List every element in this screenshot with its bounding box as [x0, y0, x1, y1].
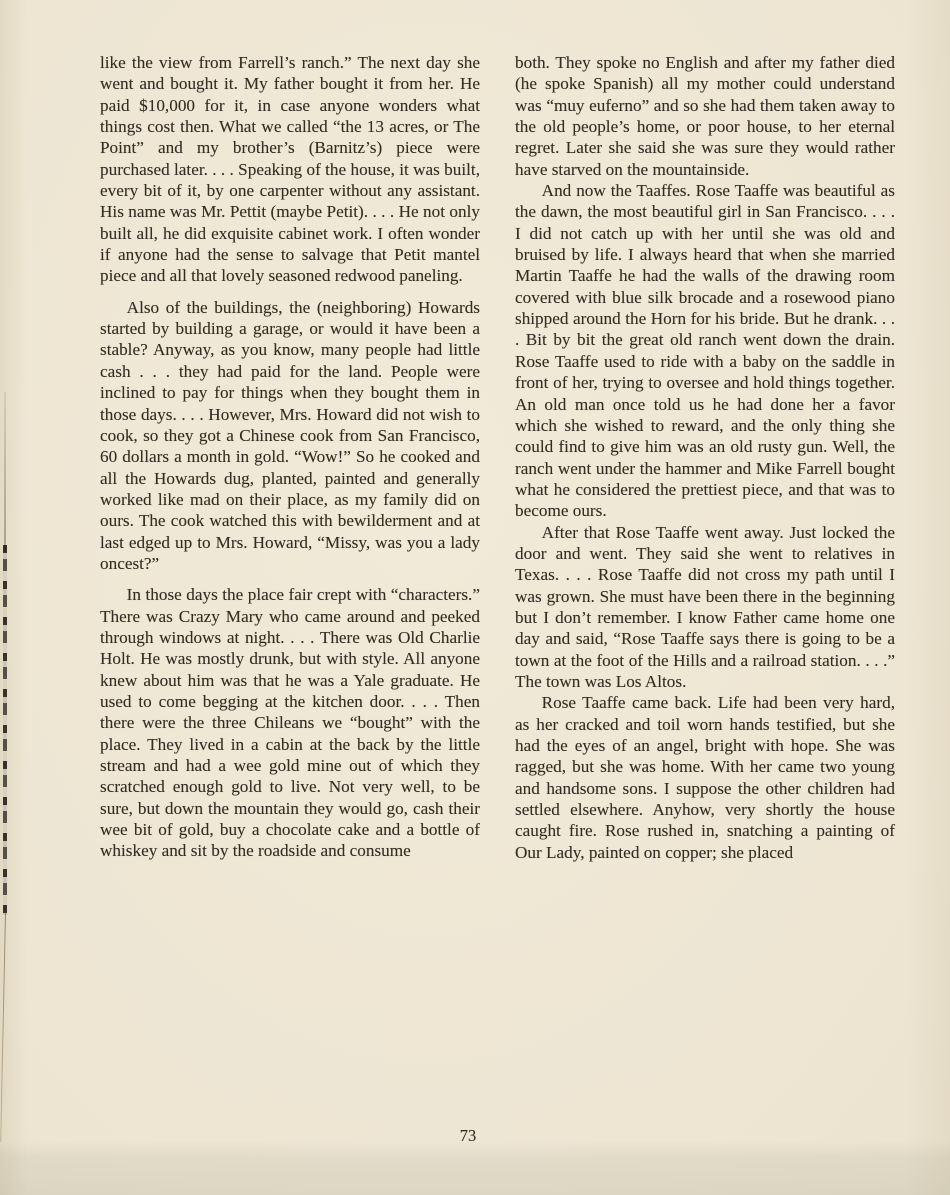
binding-edge-faint-line	[4, 392, 6, 552]
binding-edge-hairline	[0, 912, 6, 1142]
paragraph: Also of the buildings, the (neighboring)…	[100, 297, 480, 574]
paragraph: both. They spoke no English and after my…	[515, 52, 895, 180]
book-page: like the view from Farrell’s ranch.” The…	[0, 0, 950, 1195]
paragraph: Rose Taaffe came back. Life had been ver…	[515, 692, 895, 863]
left-column: like the view from Farrell’s ranch.” The…	[100, 52, 480, 863]
paragraph: like the view from Farrell’s ranch.” The…	[100, 52, 480, 287]
paragraph: And now the Taaffes. Rose Taaffe was bea…	[515, 180, 895, 522]
two-column-text-block: like the view from Farrell’s ranch.” The…	[100, 52, 895, 863]
right-column: both. They spoke no English and after my…	[515, 52, 895, 863]
paragraph: In those days the place fair crept with …	[100, 584, 480, 861]
paragraph: After that Rose Taaffe went away. Just l…	[515, 522, 895, 693]
page-number: 73	[0, 1126, 936, 1146]
binding-edge-marks	[3, 545, 7, 915]
